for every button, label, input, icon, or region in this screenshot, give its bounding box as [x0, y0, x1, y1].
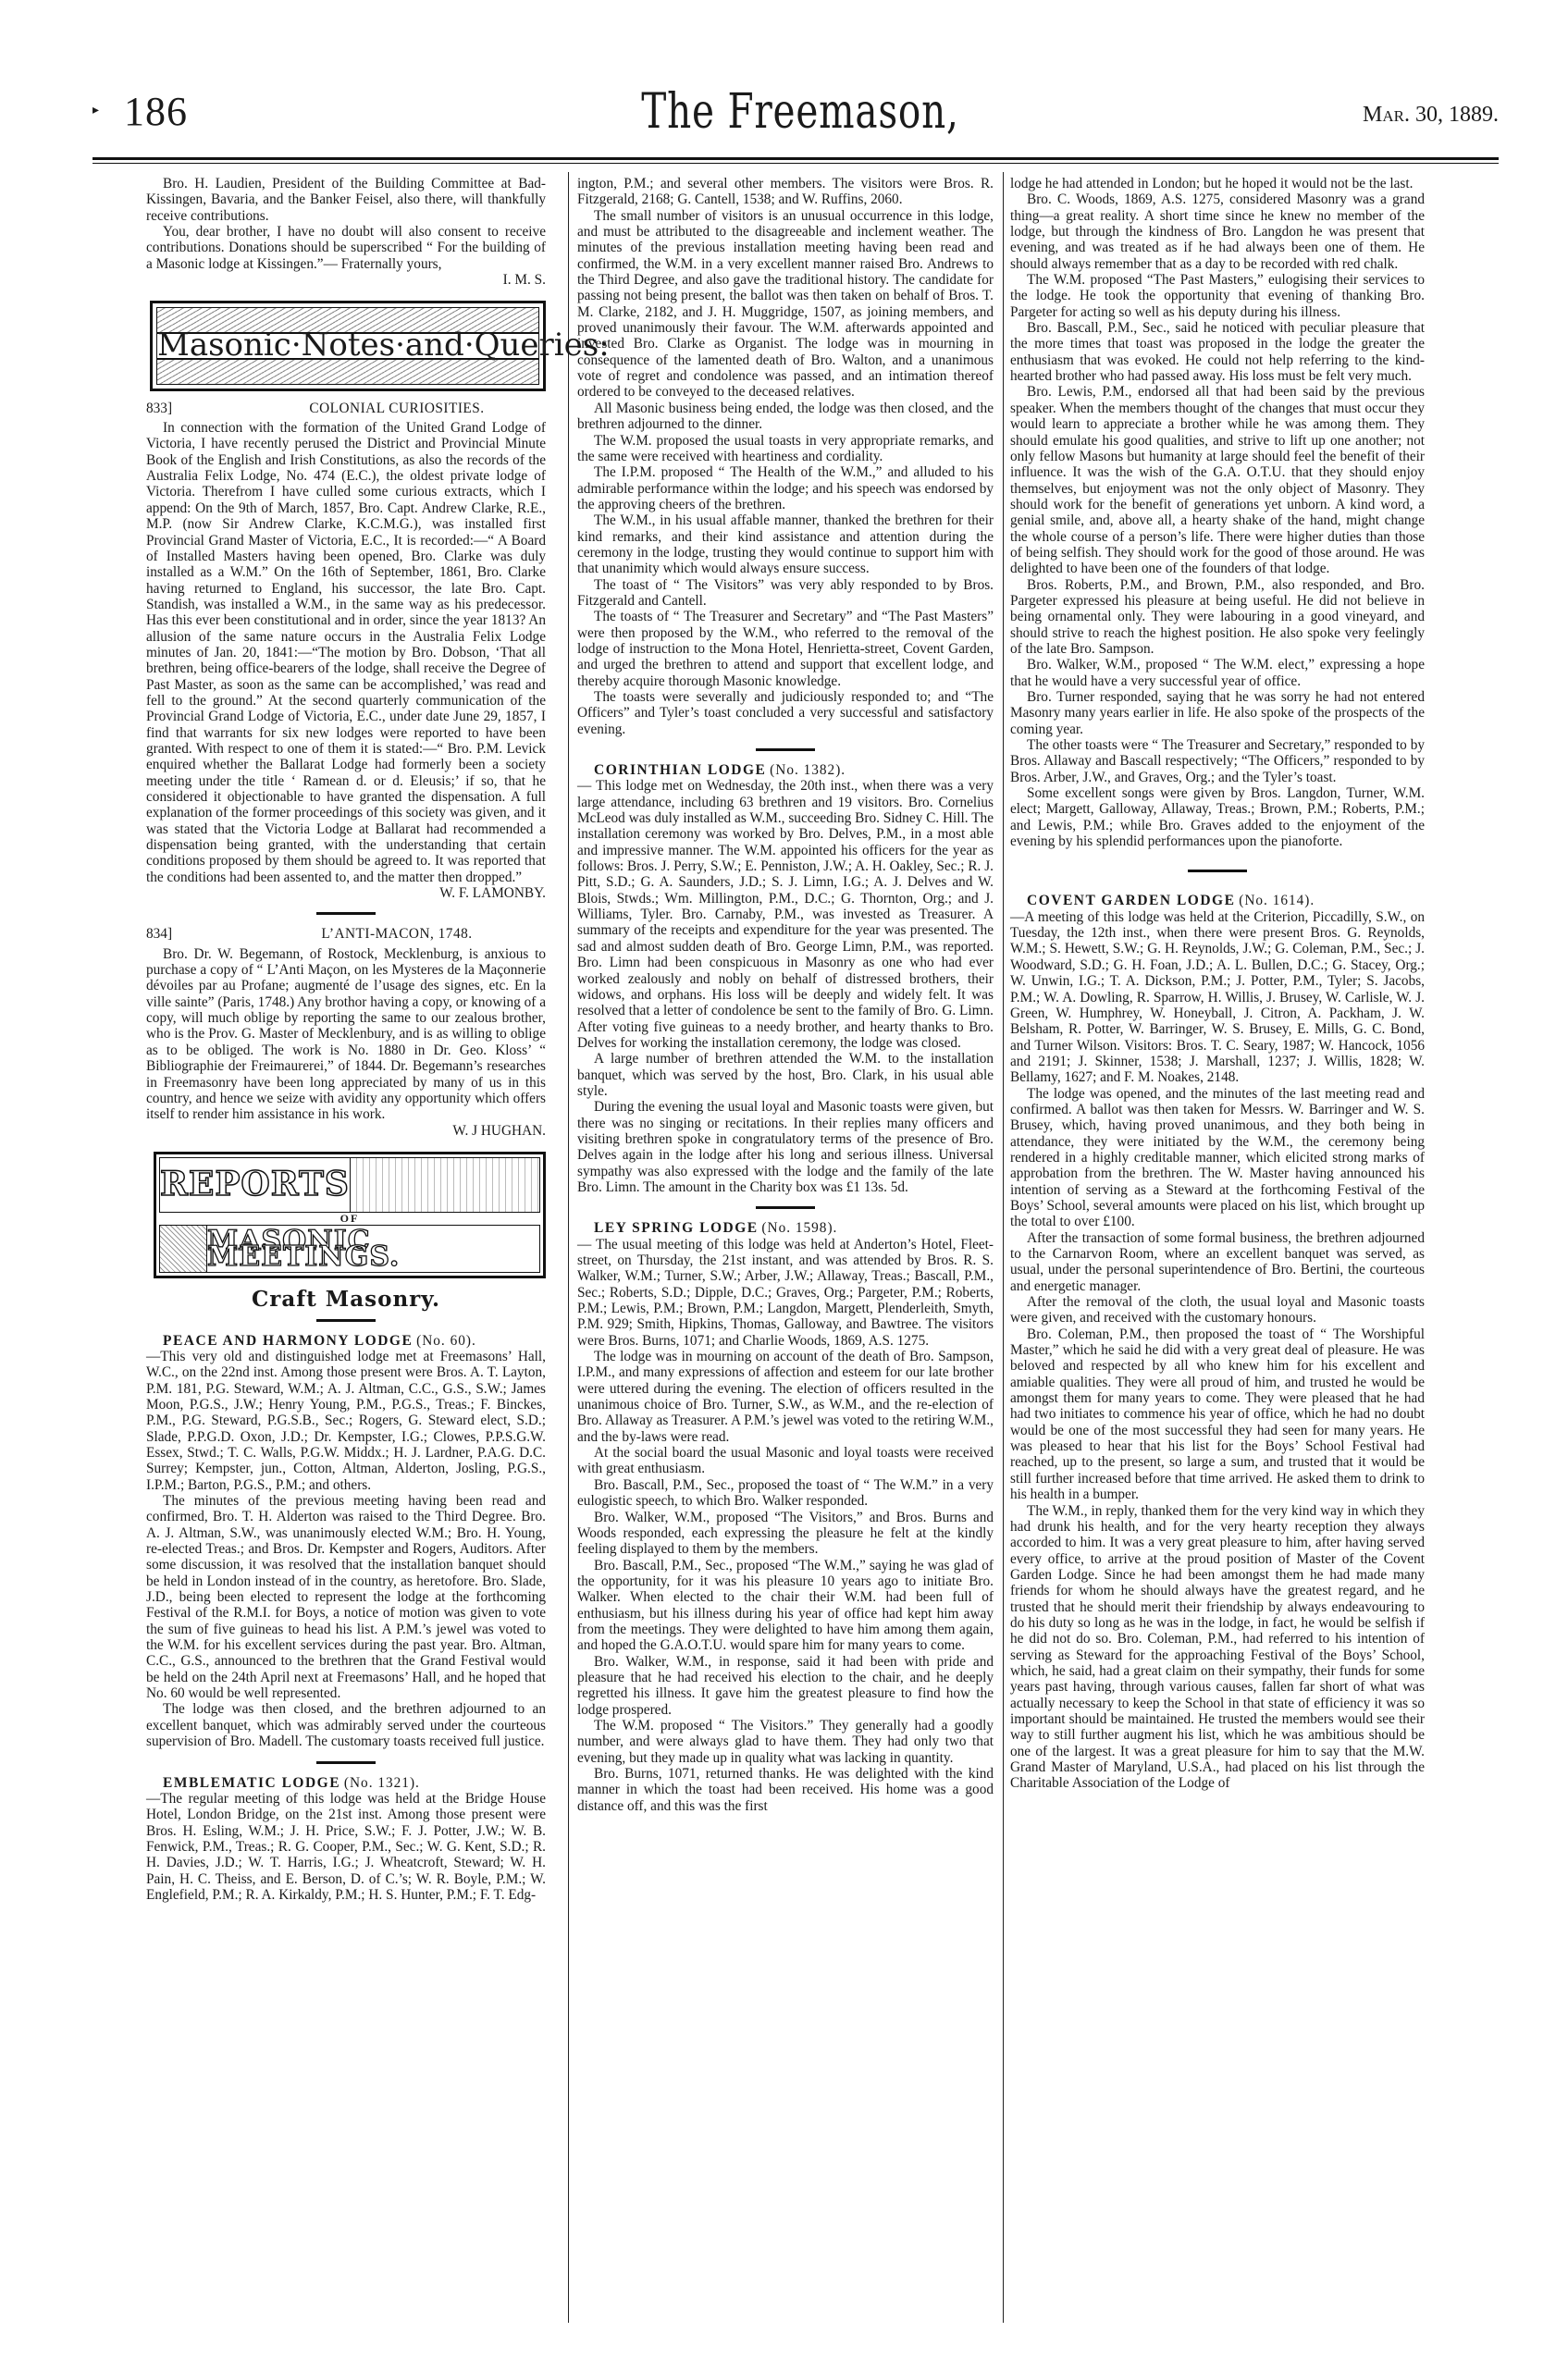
paragraph: Bro. Walker, W.M., in response, said it … — [577, 1654, 994, 1718]
paragraph: The small number of visitors is an unusu… — [577, 208, 994, 401]
lodge-number: (No. 1614). — [1239, 893, 1315, 908]
banner-masonic-meetings: MASONIC MEETINGS. — [207, 1226, 539, 1272]
page-number: 186 — [124, 88, 188, 135]
lodge-name: LEY SPRING LODGE — [594, 1220, 759, 1236]
banner-title: Masonic·Notes·and·Queries: — [157, 332, 538, 359]
paragraph: Some excellent songs were given by Bros.… — [1010, 785, 1425, 849]
lodge-report: COVENT GARDEN LODGE (No. 1614). — [1010, 893, 1425, 908]
masthead-rule-thin — [93, 163, 1499, 164]
section-divider — [756, 748, 815, 751]
section-heading: Craft Masonry. — [146, 1291, 546, 1307]
paragraph: —This very old and distinguished lodge m… — [146, 1349, 546, 1493]
paragraph: The minutes of the previous meeting havi… — [146, 1493, 546, 1701]
paragraph: Bro. Turner responded, saying that he wa… — [1010, 689, 1425, 737]
lodge-interior-illustration-icon — [350, 1158, 539, 1212]
paragraph: A large number of brethren attended the … — [577, 1051, 994, 1099]
column-2: ington, P.M.; and several other members.… — [577, 176, 994, 1814]
query-heading: 834] L’ANTI-MACON, 1748. — [146, 926, 546, 942]
paragraph: All Masonic business being ended, the lo… — [577, 401, 994, 433]
lodge-name: PEACE AND HARMONY LODGE — [163, 1333, 413, 1349]
paragraph: The I.P.M. proposed “ The Health of the … — [577, 464, 994, 512]
query-number: 833] — [146, 401, 248, 416]
paragraph: The lodge was opened, and the minutes of… — [1010, 1086, 1425, 1230]
paragraph: At the social board the usual Masonic an… — [577, 1445, 994, 1477]
issue-date: Mar. 30, 1889. — [1363, 103, 1499, 128]
lodge-report: LEY SPRING LODGE (No. 1598). — [577, 1220, 994, 1236]
paragraph: Bros. Roberts, P.M., and Brown, P.M., al… — [1010, 577, 1425, 658]
column-1: Bro. H. Laudien, President of the Buildi… — [146, 176, 546, 1903]
paragraph: In connection with the formation of the … — [146, 420, 546, 885]
paragraph: Bro. Bascall, P.M., Sec., proposed “The … — [577, 1558, 994, 1654]
section-divider — [316, 1761, 376, 1764]
paragraph: The W.M., in his usual affable manner, t… — [577, 512, 994, 576]
lodge-name: EMBLEMATIC LODGE — [163, 1775, 340, 1791]
publication-title: The Freemason, — [248, 84, 1352, 140]
lodge-number: (No. 1321). — [344, 1775, 420, 1791]
paragraph: Bro. Dr. W. Begemann, of Rostock, Meckle… — [146, 946, 546, 1123]
floral-ornament-icon — [160, 1226, 207, 1272]
paragraph: Bro. Lewis, P.M., endorsed all that had … — [1010, 384, 1425, 576]
paragraph: During the evening the usual loyal and M… — [577, 1099, 994, 1195]
paragraph: Bro. Bascall, P.M., Sec., proposed the t… — [577, 1477, 994, 1510]
paragraph: The toasts were severally and judiciousl… — [577, 689, 994, 737]
paragraph: After the removal of the cloth, the usua… — [1010, 1294, 1425, 1326]
paragraph: The lodge was in mourning on account of … — [577, 1349, 994, 1445]
paragraph: Bro. Bascall, P.M., Sec., said he notice… — [1010, 320, 1425, 384]
paragraph: Bro. Walker, W.M., proposed “ The W.M. e… — [1010, 657, 1425, 689]
paragraph: The toasts of “ The Treasurer and Secret… — [577, 609, 994, 689]
paragraph: —The regular meeting of this lodge was h… — [146, 1791, 546, 1903]
masthead: ▸ 186 The Freemason, Mar. 30, 1889. — [93, 88, 1508, 143]
query-title: COLONIAL CURIOSITIES. — [248, 401, 546, 416]
query-number: 834] — [146, 926, 248, 942]
paragraph: After the transaction of some formal bus… — [1010, 1230, 1425, 1294]
lodge-number: (No. 1382). — [770, 762, 846, 778]
lodge-number: (No. 60). — [416, 1333, 476, 1349]
newspaper-page: ▸ 186 The Freemason, Mar. 30, 1889. Bro.… — [0, 0, 1568, 2369]
column-divider — [568, 172, 569, 2323]
lodge-number: (No. 1598). — [761, 1220, 837, 1236]
lodge-report: CORINTHIAN LODGE (No. 1382). — [577, 762, 994, 778]
paragraph: The toast of “ The Visitors” was very ab… — [577, 577, 994, 610]
lodge-report: PEACE AND HARMONY LODGE (No. 60). — [146, 1333, 546, 1349]
column-divider — [1003, 172, 1004, 2323]
masthead-rule — [93, 157, 1499, 160]
signature: W. F. LAMONBY. — [146, 885, 546, 901]
section-divider — [756, 1206, 815, 1209]
paragraph: Bro. Coleman, P.M., then proposed the to… — [1010, 1326, 1425, 1503]
paragraph: The W.M., in reply, thanked them for the… — [1010, 1503, 1425, 1792]
paragraph: Bro. C. Woods, 1869, A.S. 1275, consider… — [1010, 191, 1425, 272]
paragraph: ington, P.M.; and several other members.… — [577, 176, 994, 208]
paragraph: The other toasts were “ The Treasurer an… — [1010, 737, 1425, 785]
paragraph: The W.M. proposed the usual toasts in ve… — [577, 433, 994, 465]
paragraph: Bro. Walker, W.M., proposed “The Visitor… — [577, 1510, 994, 1558]
paragraph: Bro. Burns, 1071, returned thanks. He wa… — [577, 1766, 994, 1814]
signature: W. J HUGHAN. — [146, 1123, 546, 1139]
column-3: lodge he had attended in London; but he … — [1010, 176, 1425, 1792]
paragraph: — This lodge met on Wednesday, the 20th … — [577, 778, 994, 1051]
paragraph: Bro. H. Laudien, President of the Buildi… — [146, 176, 546, 224]
paragraph: — The usual meeting of this lodge was he… — [577, 1237, 994, 1349]
margin-mark: ▸ — [93, 103, 99, 118]
lodge-report: EMBLEMATIC LODGE (No. 1321). — [146, 1775, 546, 1791]
section-divider — [316, 1319, 376, 1322]
paragraph: —A meeting of this lodge was held at the… — [1010, 909, 1425, 1086]
signature: I. M. S. — [146, 272, 546, 288]
paragraph: You, dear brother, I have no doubt will … — [146, 224, 546, 272]
banner-reports: REPORTS — [160, 1158, 350, 1212]
section-divider — [1188, 870, 1247, 872]
notes-and-queries-banner: Masonic·Notes·and·Queries: — [150, 301, 546, 390]
section-divider — [316, 912, 376, 915]
query-title: L’ANTI-MACON, 1748. — [248, 926, 546, 942]
paragraph: The W.M. proposed “The Past Masters,” eu… — [1010, 272, 1425, 320]
paragraph: The lodge was then closed, and the breth… — [146, 1701, 546, 1749]
lodge-name: COVENT GARDEN LODGE — [1027, 893, 1235, 908]
reports-of-masonic-meetings-banner: REPORTS OF MASONIC MEETINGS. — [154, 1152, 546, 1278]
lodge-name: CORINTHIAN LODGE — [594, 762, 766, 778]
paragraph: lodge he had attended in London; but he … — [1010, 176, 1425, 191]
query-heading: 833] COLONIAL CURIOSITIES. — [146, 401, 546, 416]
paragraph: The W.M. proposed “ The Visitors.” They … — [577, 1718, 994, 1766]
